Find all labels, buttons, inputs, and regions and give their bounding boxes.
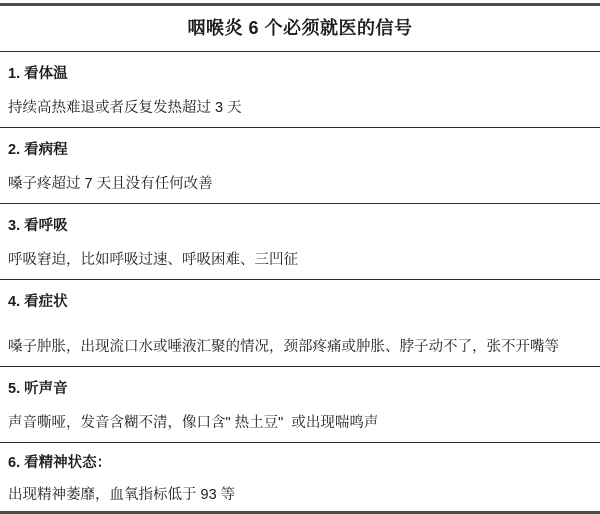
section-mental-state: 6. 看精神状态： 出现精神萎靡，血氧指标低于 93 等 [0, 443, 600, 511]
section-body: 声音嘶哑，发音含糊不清，像口含" 热土豆" 或出现喘鸣声 [8, 413, 592, 442]
section-voice: 5. 听声音 声音嘶哑，发音含糊不清，像口含" 热土豆" 或出现喘鸣声 [0, 367, 600, 443]
section-body: 嗓子疼超过 7 天且没有任何改善 [8, 174, 592, 203]
page-title: 咽喉炎 6 个必须就医的信号 [0, 6, 600, 52]
medical-signals-table: 咽喉炎 6 个必须就医的信号 1. 看体温 持续高热难退或者反复发热超过 3 天… [0, 3, 600, 514]
section-heading: 1. 看体温 [8, 52, 592, 84]
section-heading: 2. 看病程 [8, 128, 592, 160]
section-body: 出现精神萎靡，血氧指标低于 93 等 [8, 485, 592, 511]
section-disease-course: 2. 看病程 嗓子疼超过 7 天且没有任何改善 [0, 128, 600, 204]
section-heading: 5. 听声音 [8, 367, 592, 399]
section-body: 嗓子肿胀，出现流口水或唾液汇聚的情况，颈部疼痛或肿胀、脖子动不了，张不开嘴等 [8, 337, 592, 366]
section-body: 持续高热难退或者反复发热超过 3 天 [8, 98, 592, 127]
section-heading: 4. 看症状 [8, 280, 592, 312]
section-heading: 6. 看精神状态： [8, 443, 592, 473]
section-body-temperature: 1. 看体温 持续高热难退或者反复发热超过 3 天 [0, 52, 600, 128]
section-symptoms: 4. 看症状 嗓子肿胀，出现流口水或唾液汇聚的情况，颈部疼痛或肿胀、脖子动不了，… [0, 280, 600, 367]
section-body: 呼吸窘迫，比如呼吸过速、呼吸困难、三凹征 [8, 250, 592, 279]
section-heading: 3. 看呼吸 [8, 204, 592, 236]
section-breathing: 3. 看呼吸 呼吸窘迫，比如呼吸过速、呼吸困难、三凹征 [0, 204, 600, 280]
